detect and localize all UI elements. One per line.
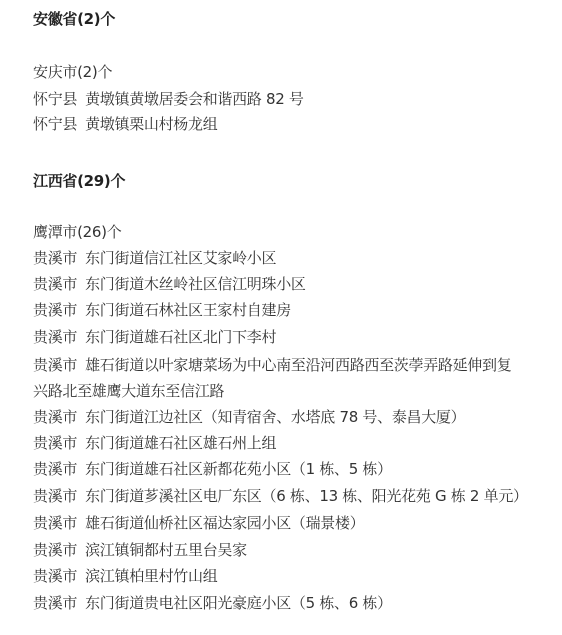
county-label: 怀宁县 [33,89,77,109]
address-item: 贵溪市东门街道雄石社区新都花苑小区（1 栋、5 栋） [33,459,552,479]
county-label: 贵溪市 [33,593,77,613]
address-text: 雄石街道仙桥社区福达家园小区（瑞景楼） [85,514,364,532]
address-continuation: 兴路北至雄鹰大道东至信江路 [33,381,552,401]
city-heading: 安庆市(2)个 [33,62,552,82]
county-label: 贵溪市 [33,274,77,294]
county-label: 贵溪市 [33,459,77,479]
address-text: 东门街道江边社区（知青宿舍、水塔底 78 号、泰昌大厦） [85,408,465,426]
county-label: 贵溪市 [33,355,77,375]
county-label: 贵溪市 [33,433,77,453]
city-heading: 鹰潭市(26)个 [33,222,552,242]
address-text: 东门街道木丝岭社区信江明珠小区 [85,275,306,293]
address-text: 东门街道信江社区艾家岭小区 [85,249,276,267]
address-text: 东门街道雄石社区新都花苑小区（1 栋、5 栋） [85,460,392,478]
address-item: 贵溪市东门街道雄石社区雄石州上组 [33,433,552,453]
address-item: 贵溪市雄石街道仙桥社区福达家园小区（瑞景楼） [33,513,552,533]
address-text: 东门街道雄石社区北门下李村 [85,328,276,346]
address-item: 贵溪市滨江镇铜都村五里台吴家 [33,540,552,560]
address-text: 滨江镇柏里村竹山组 [85,567,217,585]
province-heading: 安徽省(2)个 [33,9,552,29]
address-item: 贵溪市东门街道木丝岭社区信江明珠小区 [33,274,552,294]
address-text: 东门街道贵电社区阳光豪庭小区（5 栋、6 栋） [85,594,392,612]
address-text: 雄石街道以叶家塘菜场为中心南至沿河西路西至茨荸弄路延伸到复 [85,356,511,374]
document: 安徽省(2)个 安庆市(2)个 怀宁县黄墩镇黄墩居委会和谐西路 82 号 怀宁县… [0,0,562,635]
county-label: 贵溪市 [33,248,77,268]
county-label: 贵溪市 [33,300,77,320]
county-label: 贵溪市 [33,540,77,560]
address-text: 东门街道芗溪社区电厂东区（6 栋、13 栋、阳光花苑 G 栋 2 单元） [85,487,528,505]
address-item: 贵溪市东门街道石林社区王家村自建房 [33,300,552,320]
address-item: 贵溪市东门街道信江社区艾家岭小区 [33,248,552,268]
county-label: 贵溪市 [33,486,77,506]
address-item: 贵溪市滨江镇柏里村竹山组 [33,566,552,586]
address-item: 贵溪市东门街道芗溪社区电厂东区（6 栋、13 栋、阳光花苑 G 栋 2 单元） [33,486,552,506]
county-label: 贵溪市 [33,407,77,427]
address-text: 黄墩镇黄墩居委会和谐西路 82 号 [85,90,304,108]
province-heading: 江西省(29)个 [33,171,552,191]
address-item: 贵溪市东门街道贵电社区阳光豪庭小区（5 栋、6 栋） [33,593,552,613]
address-text: 东门街道石林社区王家村自建房 [85,301,291,319]
county-label: 贵溪市 [33,513,77,533]
address-item: 怀宁县黄墩镇黄墩居委会和谐西路 82 号 [33,89,552,109]
address-item: 贵溪市雄石街道以叶家塘菜场为中心南至沿河西路西至茨荸弄路延伸到复 [33,355,552,375]
county-label: 贵溪市 [33,327,77,347]
address-text: 东门街道雄石社区雄石州上组 [85,434,276,452]
address-item: 怀宁县黄墩镇栗山村杨龙组 [33,114,552,134]
address-item: 贵溪市东门街道雄石社区北门下李村 [33,327,552,347]
county-label: 贵溪市 [33,566,77,586]
address-text: 黄墩镇栗山村杨龙组 [85,115,217,133]
address-item: 贵溪市东门街道江边社区（知青宿舍、水塔底 78 号、泰昌大厦） [33,407,552,427]
address-text: 滨江镇铜都村五里台吴家 [85,541,247,559]
county-label: 怀宁县 [33,114,77,134]
